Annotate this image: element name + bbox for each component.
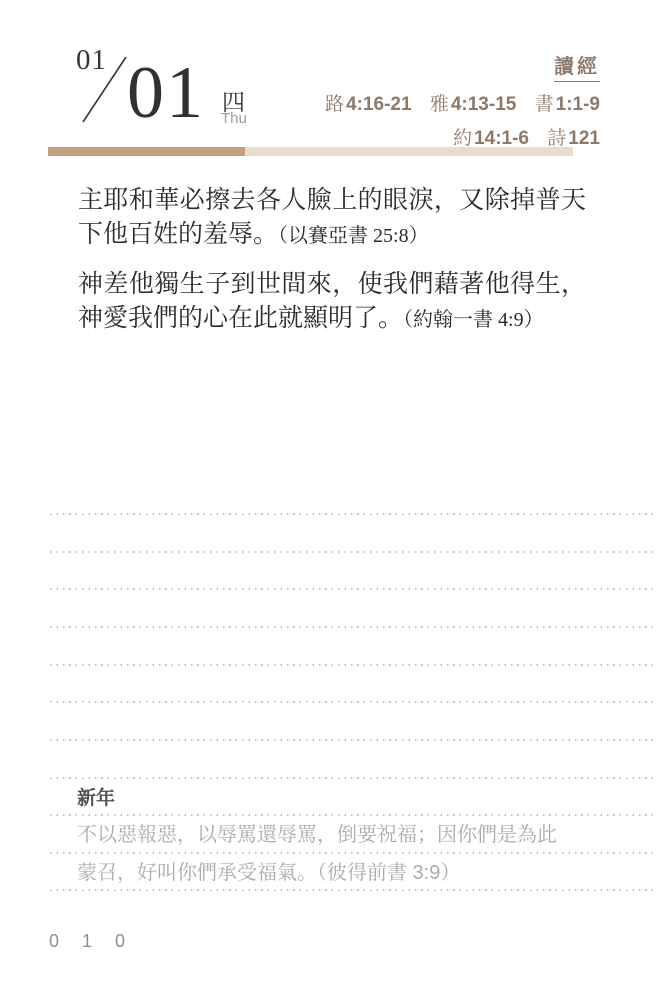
verse-paragraph: 主耶和華必擦去各人臉上的眼淚，又除掉普天下他百姓的羞辱。（以賽亞書 25:8） <box>78 184 586 253</box>
note-line <box>50 513 656 515</box>
reading-ref: 約14:1-6 <box>453 128 529 149</box>
devotional-page: 01 01 四 Thu 讀經 路4:16-21 雅4:13-15 書1:1-9 … <box>0 0 656 1000</box>
reading-book: 路 <box>325 94 344 115</box>
note-line <box>50 852 656 854</box>
verse-reference: （以賽亞書 25:8） <box>278 225 429 247</box>
footer-section-title: 新年 <box>77 783 115 810</box>
reading-ref: 雅4:13-15 <box>430 94 517 115</box>
note-line <box>50 889 656 891</box>
reading-num: 4:16-21 <box>346 94 412 115</box>
date-slash <box>80 54 130 126</box>
reading-book: 書 <box>535 94 554 115</box>
weekday-english: Thu <box>221 110 247 127</box>
footer-verse-line: 不以惡報惡，以辱罵還辱罵，倒要祝福；因你們是為此 <box>77 818 617 847</box>
reading-num: 4:13-15 <box>451 94 517 115</box>
note-line <box>50 739 656 741</box>
reading-ref: 書1:1-9 <box>535 94 600 115</box>
reading-book: 約 <box>453 128 472 149</box>
page-number: 0 1 0 <box>49 931 134 952</box>
divider-bar-dark <box>48 147 245 156</box>
date-day: 01 <box>127 56 205 130</box>
reading-title-row: 讀經 <box>260 50 600 82</box>
reading-line-2: 約14:1-6 詩121 <box>260 123 600 150</box>
note-line <box>50 777 656 779</box>
note-line <box>50 626 656 628</box>
reading-plan: 讀經 路4:16-21 雅4:13-15 書1:1-9 約14:1-6 詩121 <box>260 50 600 150</box>
reading-book: 詩 <box>547 128 566 149</box>
reading-ref: 詩121 <box>547 128 600 149</box>
reading-line-1: 路4:16-21 雅4:13-15 書1:1-9 <box>260 89 600 116</box>
verse-paragraph: 神差他獨生子到世間來，使我們藉著他得生，神愛我們的心在此就顯明了。（約翰一書 4… <box>78 268 586 337</box>
reading-num: 1:1-9 <box>556 94 600 115</box>
divider-bar-light <box>245 147 573 156</box>
note-line <box>50 814 656 816</box>
verse-reference: （約翰一書 4:9） <box>403 309 544 331</box>
reading-plan-title: 讀經 <box>554 50 600 82</box>
note-line <box>50 551 656 553</box>
reading-num: 14:1-6 <box>474 128 529 149</box>
note-line <box>50 701 656 703</box>
reading-num: 121 <box>568 128 600 149</box>
reading-book: 雅 <box>430 94 449 115</box>
note-line <box>50 588 656 590</box>
footer-verse-line: 蒙召，好叫你們承受福氣。（彼得前書 3:9） <box>77 856 617 885</box>
reading-ref: 路4:16-21 <box>325 94 412 115</box>
note-line <box>50 664 656 666</box>
